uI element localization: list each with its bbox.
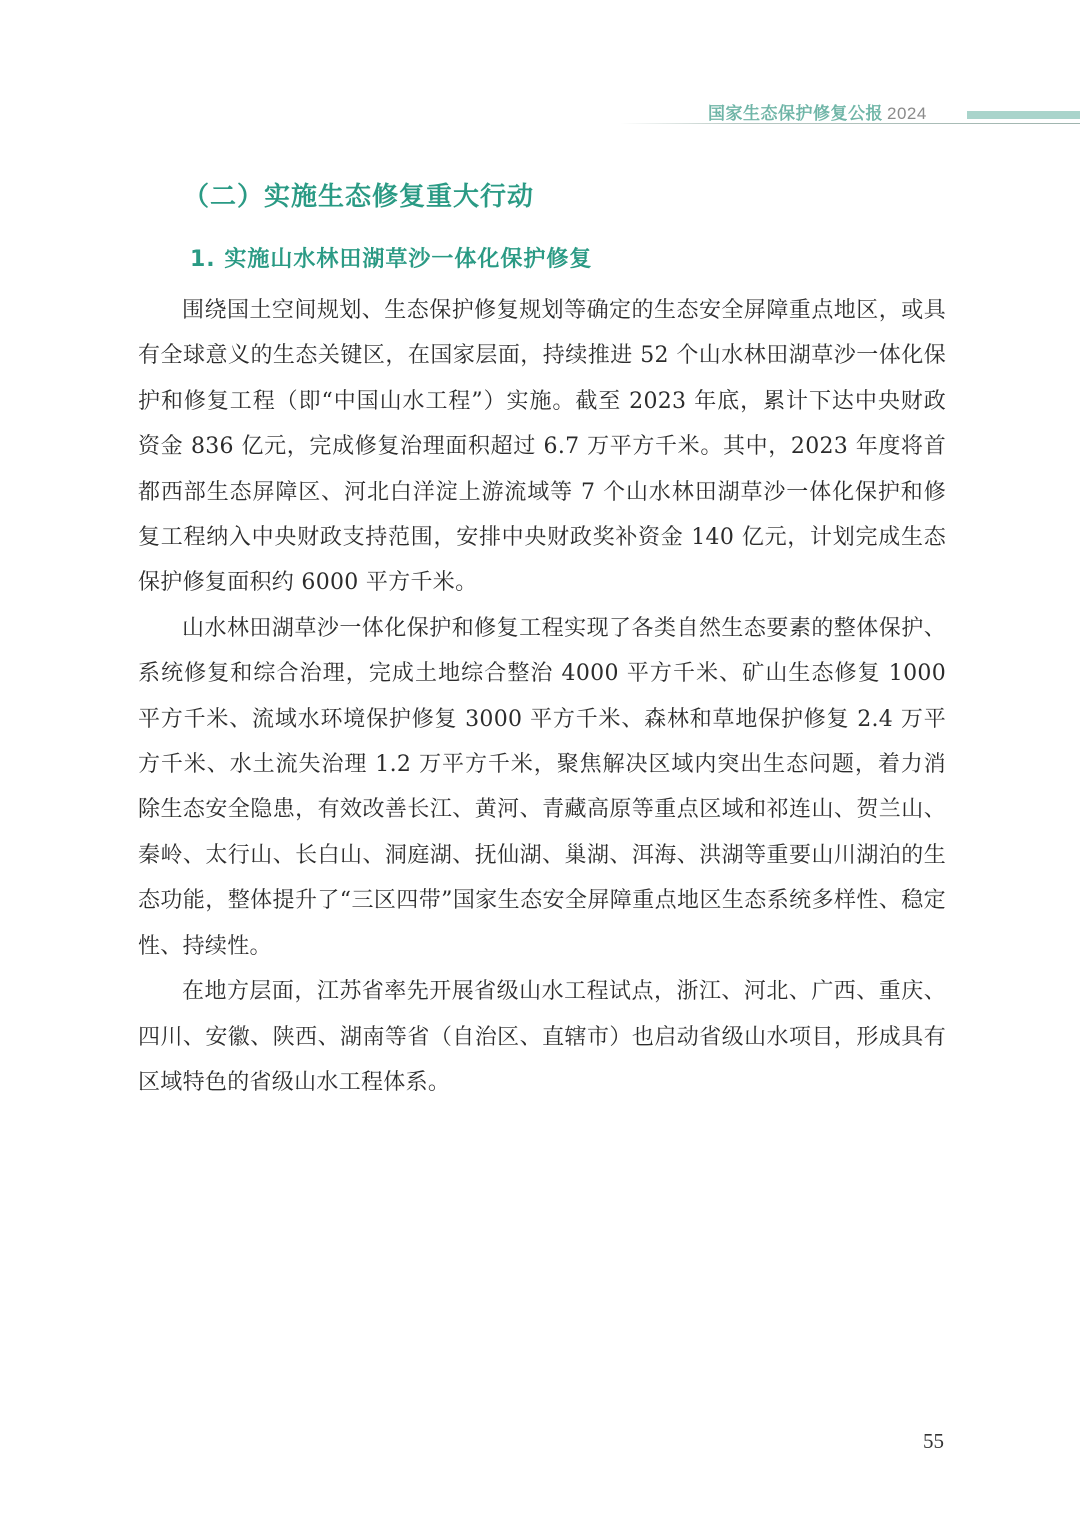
page-header: 国家生态保护修复公报2024 [0, 0, 1080, 130]
subsection-heading: 1. 实施山水林田湖草沙一体化保护修复 [190, 242, 592, 273]
paragraph-national-level: 围绕国土空间规划、生态保护修复规划等确定的生态安全屏障重点地区，或具有全球意义的… [138, 288, 946, 606]
publication-title: 国家生态保护修复公报2024 [708, 99, 927, 124]
publication-name: 国家生态保护修复公报 [708, 104, 883, 124]
paragraph-local-level: 在地方层面，江苏省率先开展省级山水工程试点，浙江、河北、广西、重庆、四川、安徽、… [138, 969, 946, 1105]
section-heading: （二）实施生态修复重大行动 [183, 176, 534, 213]
paragraph-project-outcomes: 山水林田湖草沙一体化保护和修复工程实现了各类自然生态要素的整体保护、系统修复和综… [138, 606, 946, 969]
header-accent-bar [967, 111, 1080, 119]
page-number: 55 [923, 1429, 944, 1454]
body-text: 围绕国土空间规划、生态保护修复规划等确定的生态安全屏障重点地区，或具有全球意义的… [138, 288, 946, 1105]
publication-year: 2024 [887, 104, 927, 123]
